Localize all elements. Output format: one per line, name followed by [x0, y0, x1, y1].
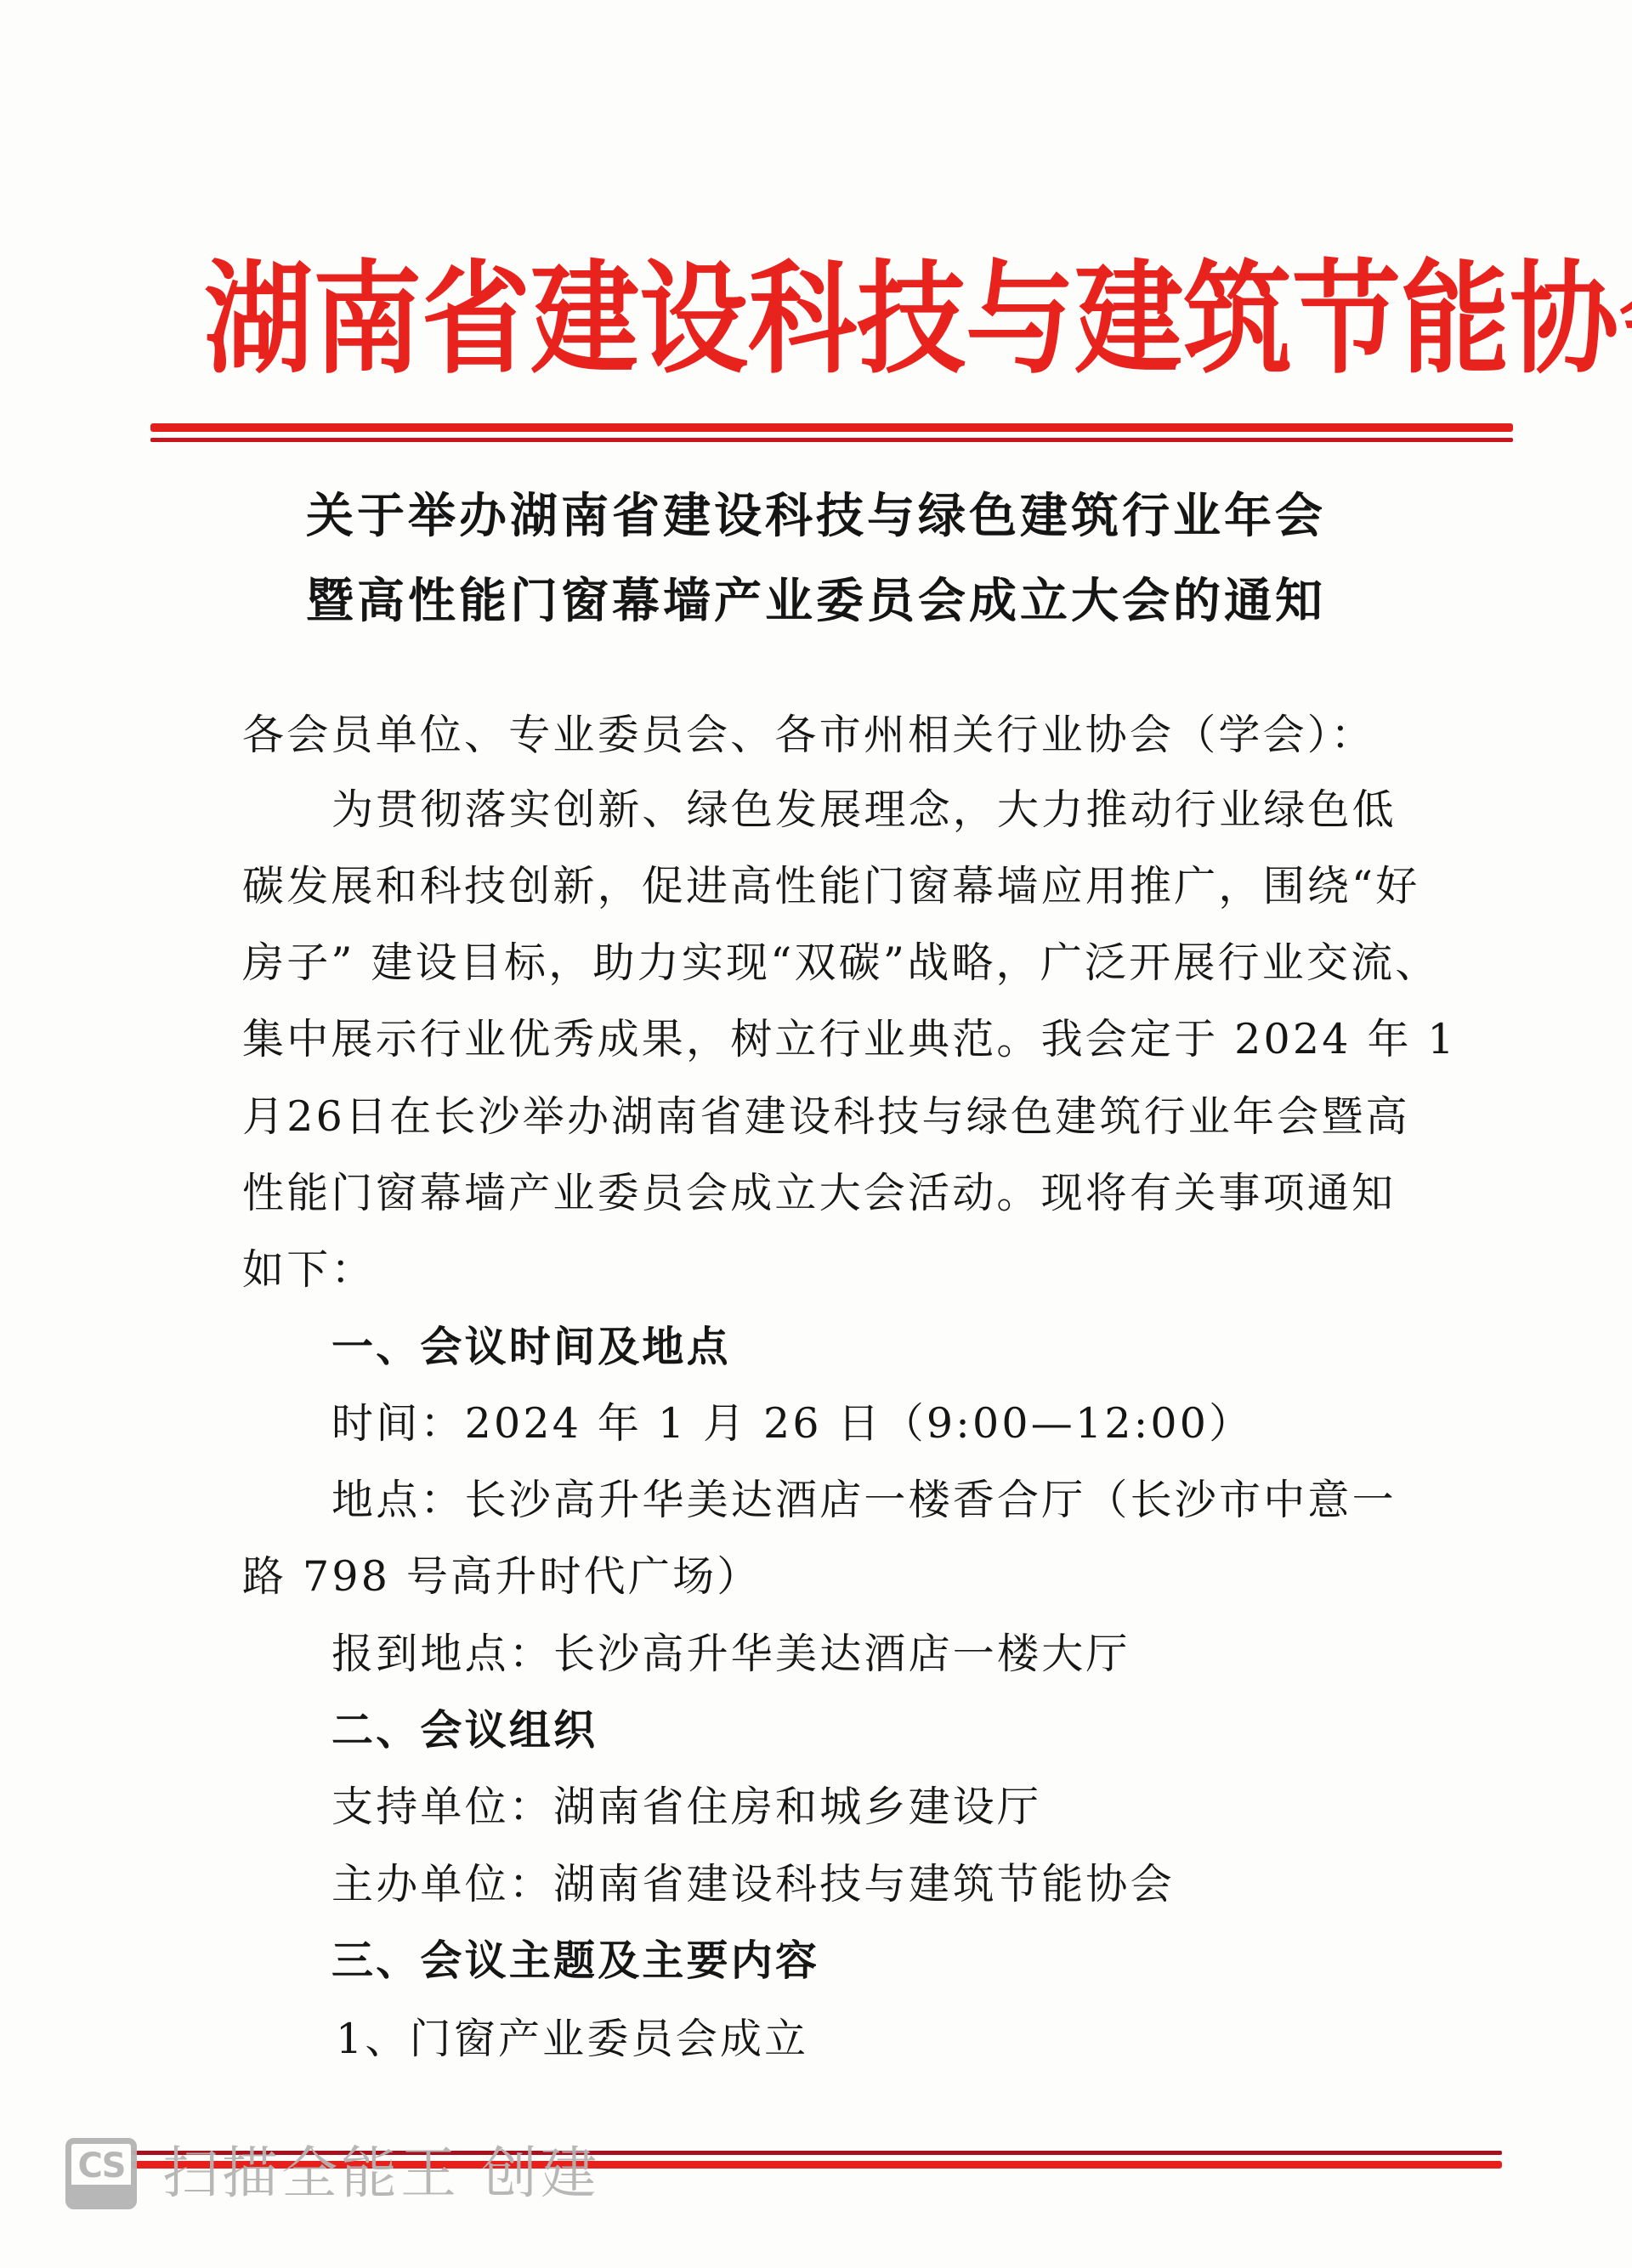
watermark-text: 扫描全能王 创建 — [162, 2146, 600, 2202]
camscanner-logo-icon: CS — [65, 2138, 137, 2209]
paragraph-line: 碳发展和科技创新，促进高性能门窗幕墙应用推广，围绕“好 — [242, 865, 1419, 907]
host-unit: 主办单位：湖南省建设科技与建筑节能协会 — [331, 1863, 1175, 1905]
paragraph-line: 月26日在长沙举办湖南省建设科技与绿色建筑行业年会暨高 — [242, 1096, 1410, 1137]
meeting-time: 时间：2024 年 1 月 26 日（9:00—12:00） — [331, 1403, 1253, 1444]
salutation: 各会员单位、专业委员会、各市州相关行业协会（学会）： — [242, 714, 1375, 756]
scanner-watermark: CS 扫描全能王 创建 — [65, 2138, 600, 2209]
document-title-line-1: 关于举办湖南省建设科技与绿色建筑行业年会 — [0, 493, 1632, 541]
section-heading-organization: 二、会议组织 — [331, 1710, 598, 1751]
paragraph-line: 房子” 建设目标，助力实现“双碳”战略，广泛开展行业交流、 — [242, 942, 1440, 984]
meeting-location: 地点：长沙高升华美达酒店一楼香合厅（长沙市中意一 — [331, 1479, 1397, 1521]
theme-item: 1、门窗产业委员会成立 — [336, 2018, 808, 2060]
logo-text: CS — [78, 2149, 125, 2183]
paragraph-line: 性能门窗幕墙产业委员会成立大会活动。现将有关事项通知 — [242, 1172, 1396, 1214]
section-heading-theme: 三、会议主题及主要内容 — [331, 1940, 819, 1982]
letterhead-rule-thick — [150, 423, 1513, 432]
document-page: 湖南省建设科技与建筑节能协会 关于举办湖南省建设科技与绿色建筑行业年会 暨高性能… — [0, 0, 1632, 2268]
section-heading-time-location: 一、会议时间及地点 — [331, 1326, 731, 1368]
logo-band — [71, 2185, 131, 2203]
paragraph-line: 集中展示行业优秀成果，树立行业典范。我会定于 2024 年 1 — [242, 1018, 1457, 1060]
letterhead-rule-thin — [150, 438, 1513, 442]
paragraph-line: 如下： — [242, 1249, 376, 1290]
document-title-line-2: 暨高性能门窗幕墙产业委员会成立大会的通知 — [0, 578, 1632, 626]
meeting-location-continued: 路 798 号高升时代广场） — [242, 1556, 761, 1597]
supporting-unit: 支持单位：湖南省住房和城乡建设厅 — [331, 1786, 1041, 1828]
letterhead-text: 湖南省建设科技与建筑节能协会 — [204, 259, 1632, 381]
registration-location: 报到地点：长沙高升华美达酒店一楼大厅 — [331, 1633, 1130, 1675]
paragraph-line: 为贯彻落实创新、绿色发展理念，大力推动行业绿色低 — [331, 789, 1397, 831]
organization-letterhead: 湖南省建设科技与建筑节能协会 — [204, 240, 1453, 401]
